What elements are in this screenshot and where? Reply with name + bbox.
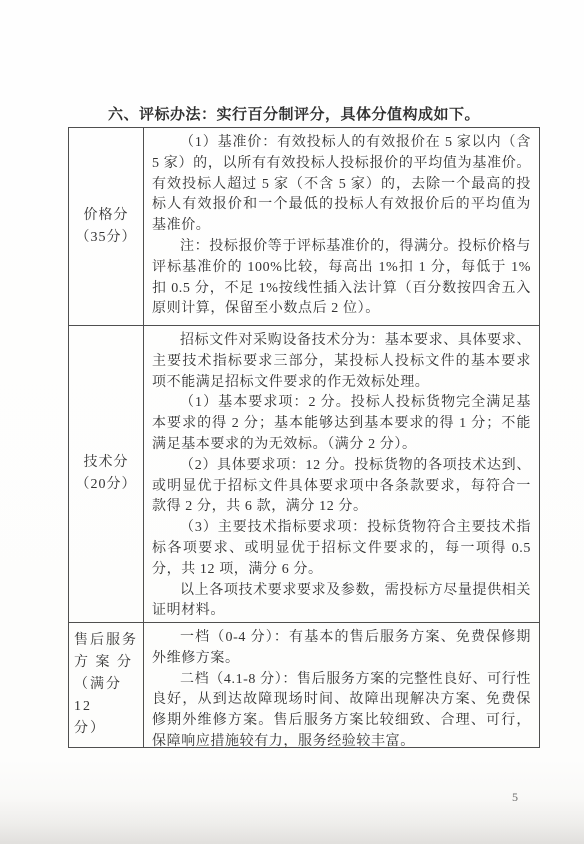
section-heading: 六、评标办法：实行百分制评分，具体分值构成如下。 — [108, 103, 548, 124]
row-label-technical-score: 技术分 （20分） — [69, 326, 144, 622]
row-label-price-score: 价格分 （35分） — [69, 128, 144, 325]
paragraph-supporting-materials: 以上各项技术要求要求及参数，需投标方尽量提供相关证明材料。 — [152, 581, 531, 622]
row-content-technical-score: 招标文件对采购设备技术分为：基本要求、具体要求、主要技术指标要求三部分，某投标人… — [144, 326, 539, 622]
paragraph-specific-requirements: （2）具体要求项：12 分。投标货物的各项技术达到、或明显优于招标文件具体要求项… — [152, 456, 531, 518]
scan-shadow-artifact — [0, 798, 584, 844]
paragraph-tech-overview: 招标文件对采购设备技术分为：基本要求、具体要求、主要技术指标要求三部分，某投标人… — [152, 331, 531, 393]
page-number: 5 — [512, 790, 518, 805]
document-page: 六、评标办法：实行百分制评分，具体分值构成如下。 价格分 （35分） （1）基准… — [0, 0, 584, 844]
row-content-after-sales-score: 一档（0-4 分）：有基本的售后服务方案、免费保修期外维修方案。 二档（4.1-… — [144, 623, 539, 747]
paragraph-basic-requirements: （1）基本要求项：2 分。投标人投标货物完全满足基本要求的得 2 分；基本能够达… — [152, 393, 531, 455]
table-row-price-score: 价格分 （35分） （1）基准价：有效投标人的有效报价在 5 家以内（含 5 家… — [69, 128, 539, 325]
row-label-after-sales-score: 售后服务 方 案 分 （满分 12 分） — [69, 623, 144, 747]
paragraph-service-tier-2: 二档（4.1-8 分）：售后服务方案的完整性良好、可行性良好，从到达故障现场时间… — [152, 670, 531, 747]
row-content-price-score: （1）基准价：有效投标人的有效报价在 5 家以内（含 5 家）的，以所有有效投标… — [144, 128, 539, 325]
table-row-technical-score: 技术分 （20分） 招标文件对采购设备技术分为：基本要求、具体要求、主要技术指标… — [69, 325, 539, 622]
table-row-after-sales-score: 售后服务 方 案 分 （满分 12 分） 一档（0-4 分）：有基本的售后服务方… — [69, 622, 539, 747]
paragraph-service-tier-1: 一档（0-4 分）：有基本的售后服务方案、免费保修期外维修方案。 — [152, 628, 531, 670]
paragraph-price-scoring-note: 注：投标报价等于评标基准价的，得满分。投标价格与评标基准价的 100%比较，每高… — [152, 237, 531, 320]
evaluation-criteria-table: 价格分 （35分） （1）基准价：有效投标人的有效报价在 5 家以内（含 5 家… — [68, 127, 540, 748]
paragraph-key-indicator-requirements: （3）主要技术指标要求项：投标货物符合主要技术指标各项要求、或明显优于招标文件要… — [152, 518, 531, 580]
paragraph-base-price-rule: （1）基准价：有效投标人的有效报价在 5 家以内（含 5 家）的，以所有有效投标… — [152, 133, 531, 237]
